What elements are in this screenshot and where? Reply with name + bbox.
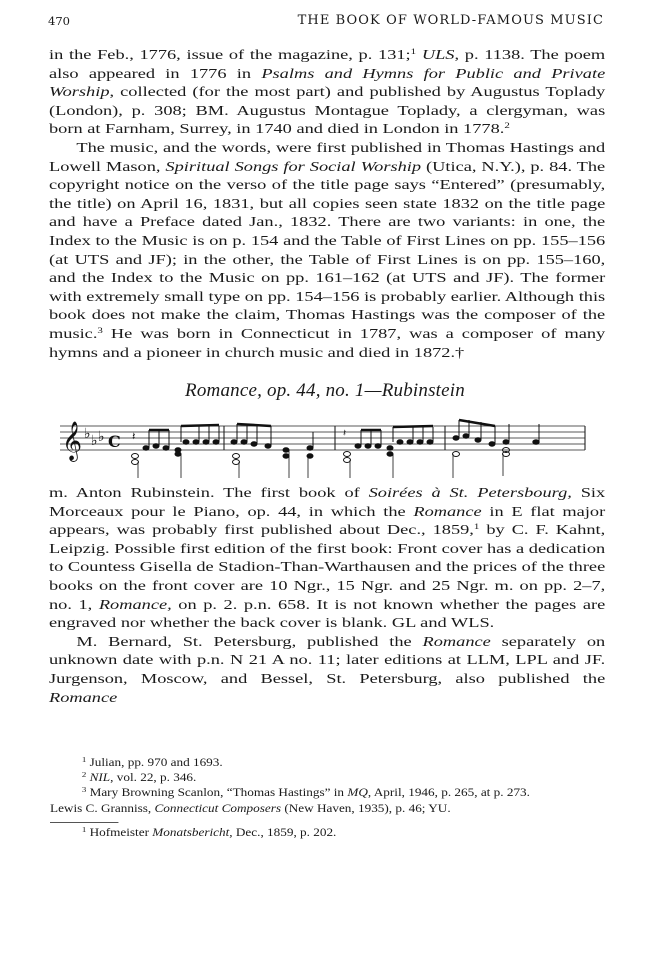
- footnote-2: 2 NIL, vol. 22, p. 346.: [50, 771, 569, 786]
- footnote-divider: [50, 822, 118, 823]
- footnote-ref: 2: [504, 121, 509, 130]
- svg-text:♭: ♭: [98, 429, 105, 445]
- footnote-1: 1 Julian, pp. 970 and 1693.: [50, 756, 569, 771]
- body-section-hymn: in the Feb., 1776, issue of the magazine…: [49, 46, 605, 362]
- running-title: THE BOOK OF WORLD-FAMOUS MUSIC: [298, 13, 604, 28]
- footnote-3-continuation: Lewis C. Granniss, Connecticut Composers…: [50, 802, 569, 817]
- paragraph-bernard-edition: M. Bernard, St. Petersburg, published th…: [49, 633, 605, 707]
- svg-text:𝄞: 𝄞: [62, 421, 82, 462]
- footnote-3: 3 Mary Browning Scanlon, “Thomas Hasting…: [50, 786, 569, 801]
- svg-text:𝄽: 𝄽: [343, 428, 346, 439]
- page-number: 470: [48, 14, 70, 28]
- book-page: 470 THE BOOK OF WORLD-FAMOUS MUSIC in th…: [0, 0, 650, 968]
- paragraph-toplady: in the Feb., 1776, issue of the magazine…: [49, 46, 605, 139]
- music-notation-excerpt: 𝄞 ♭ ♭ ♭ C 𝄽: [60, 418, 590, 478]
- svg-text:C: C: [108, 432, 121, 451]
- footnote-romance-1: 1 Hofmeister Monatsbericht, Dec., 1859, …: [50, 826, 569, 841]
- piece-title: Romance, op. 44, no. 1—Rubinstein: [0, 380, 650, 402]
- paragraph-kahnt-edition: m. Anton Rubinstein. The first book of S…: [49, 484, 605, 633]
- svg-text:♭: ♭: [91, 433, 98, 449]
- svg-text:𝄽: 𝄽: [132, 430, 135, 443]
- page-header: 470 THE BOOK OF WORLD-FAMOUS MUSIC: [48, 12, 604, 32]
- paragraph-hastings: The music, and the words, were first pub…: [49, 139, 605, 362]
- footnotes: 1 Julian, pp. 970 and 1693. 2 NIL, vol. …: [50, 756, 569, 841]
- body-section-romance: m. Anton Rubinstein. The first book of S…: [49, 484, 605, 707]
- svg-text:♭: ♭: [84, 426, 91, 442]
